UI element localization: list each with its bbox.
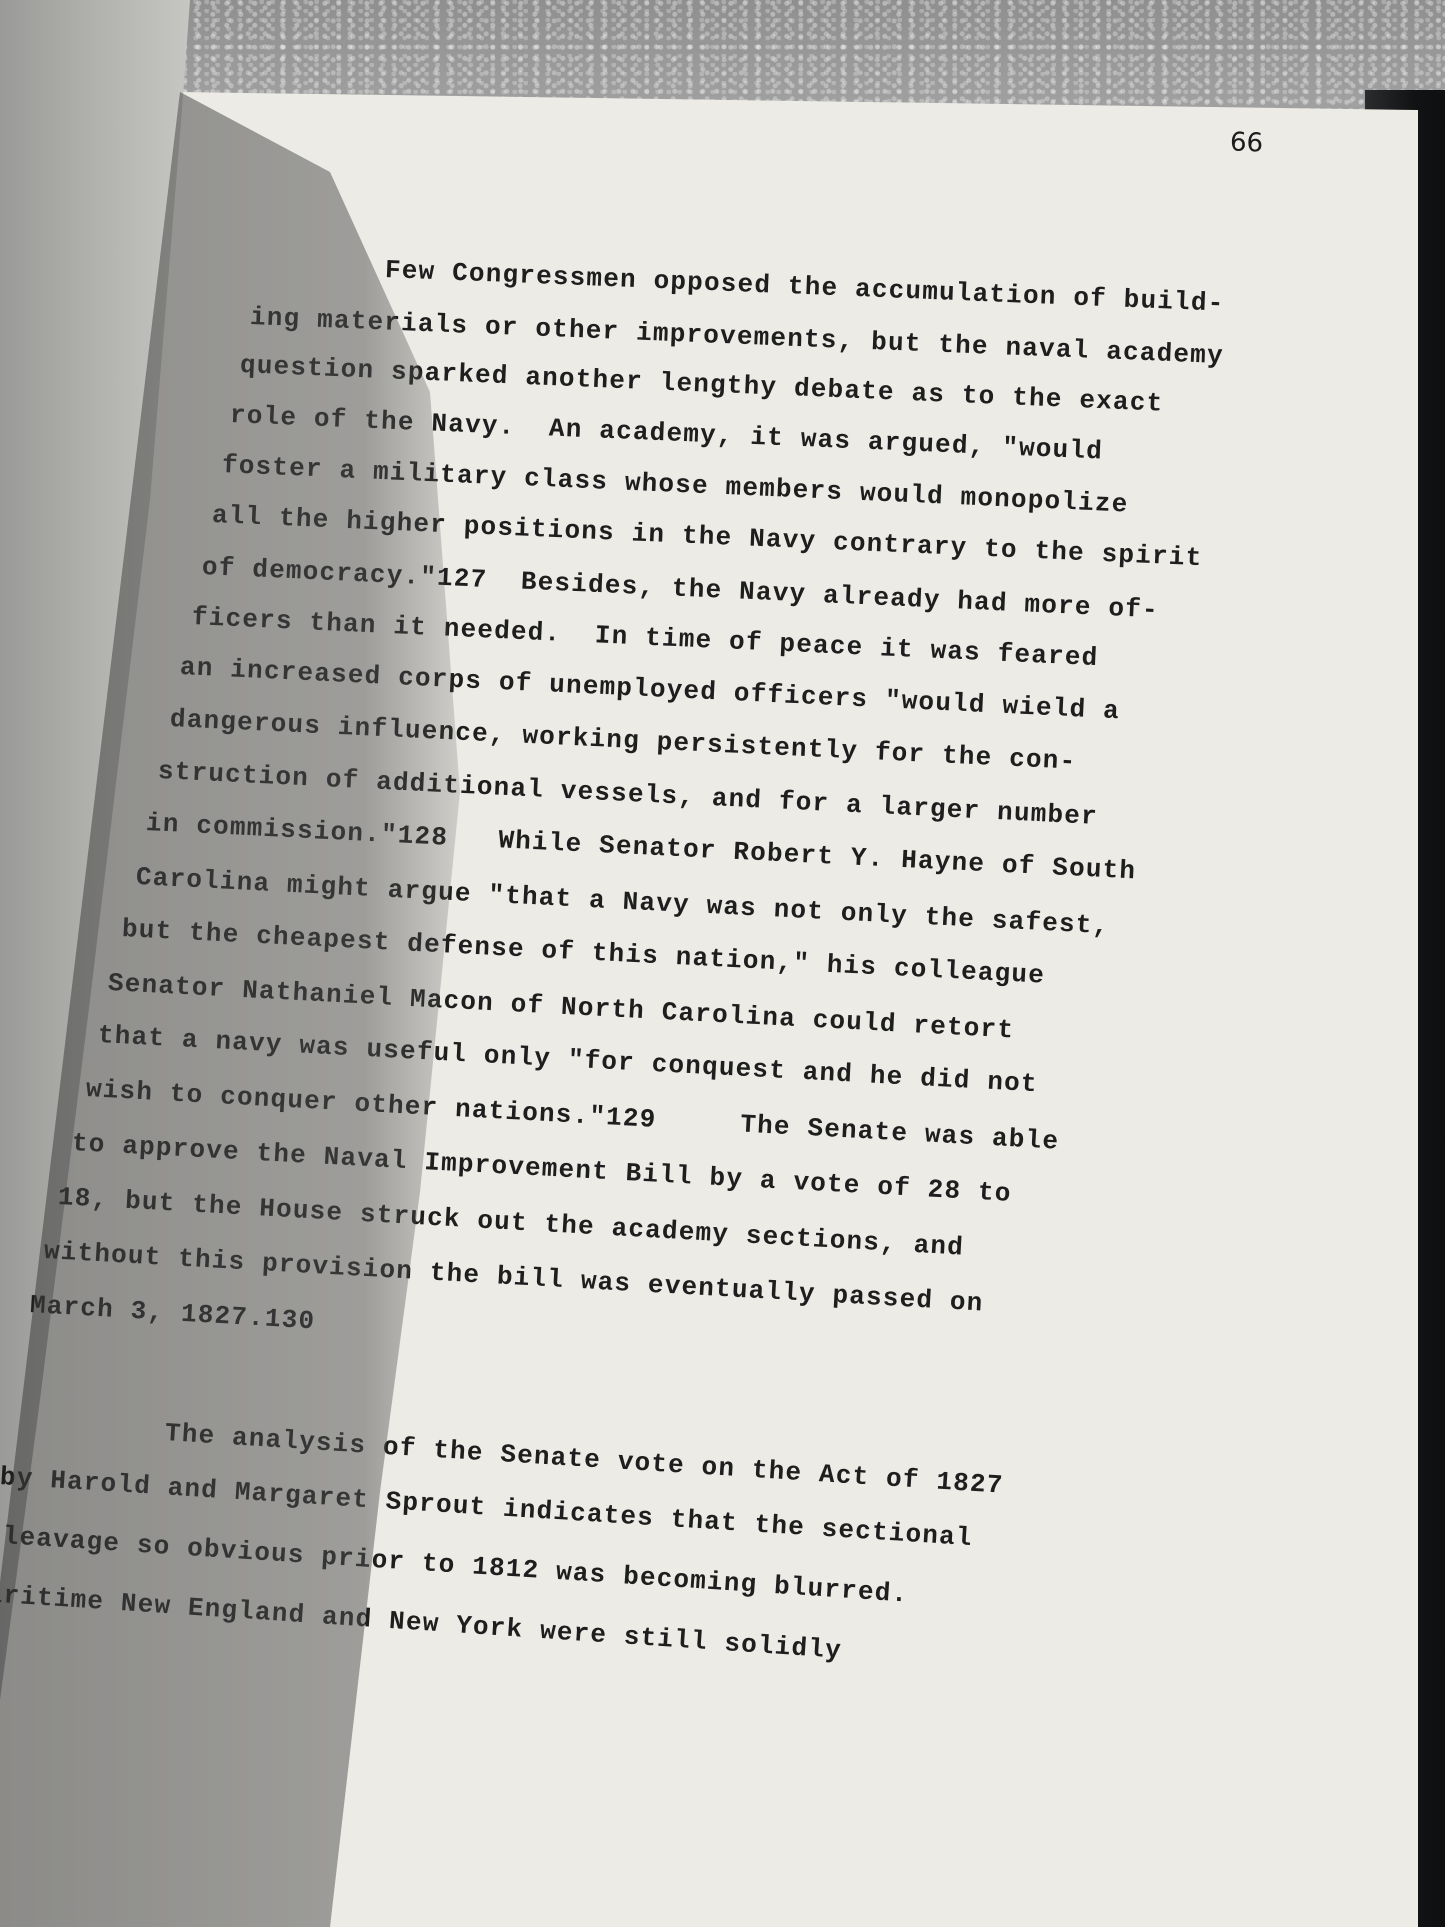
page-number: 66 [1229,127,1263,158]
document-page [0,92,1418,1927]
